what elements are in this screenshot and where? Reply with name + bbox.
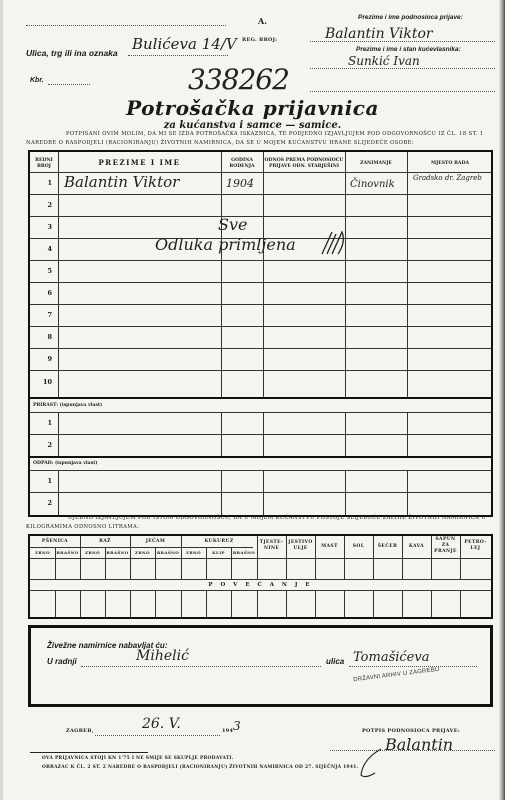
stock-group-kukuruz: KUKURUZ <box>181 539 257 545</box>
signature-label: POTPIS PODNOSIOCA PRIJAVE: <box>362 728 460 734</box>
col-divider <box>55 547 56 579</box>
street-dotline <box>128 55 228 56</box>
col-divider <box>263 152 264 397</box>
row-number: 5 <box>32 267 52 275</box>
col-divider <box>402 536 403 579</box>
stock-col-sol: SOL <box>344 544 373 550</box>
col-divider <box>80 590 81 617</box>
cell-workplace[interactable]: Gradsko dr. Zagreb <box>413 174 493 182</box>
col-divider <box>345 470 346 515</box>
col-divider <box>460 536 461 579</box>
signature-flourish-icon <box>355 745 385 780</box>
stock-sub: ZRNO <box>80 550 105 556</box>
col-divider <box>373 536 374 579</box>
col-divider <box>344 536 345 579</box>
reg-broj-label: REG. BROJ: <box>242 37 277 43</box>
prirast-row-number: 1 <box>32 419 52 427</box>
col-divider <box>373 590 374 617</box>
stock-group-raz: RAŽ <box>80 539 130 545</box>
row-line <box>30 434 491 435</box>
col-divider <box>58 412 59 456</box>
street-value[interactable]: Bulićeva 14/V <box>132 35 237 53</box>
col-divider <box>345 152 346 397</box>
col-header-relation: ODNOS PREMA PODNOSIOCU PRIJAVE ODN. STAR… <box>263 158 345 170</box>
intro-line-1: POTPISANI OVIM MOLIM, DA MI SE IZDA POTR… <box>66 130 483 139</box>
applicant-label: Prezime i ime podnosioca prijave: <box>358 14 463 21</box>
city-label: ZAGREB, <box>66 728 94 734</box>
kbr-field[interactable] <box>48 84 90 85</box>
shop-box: Živežne namirnice nabavljat ću: U radnji… <box>28 625 493 707</box>
row-line <box>30 194 491 195</box>
col-divider <box>58 152 59 397</box>
col-divider <box>257 590 258 617</box>
shop-value[interactable]: Mihelić <box>136 648 189 664</box>
row-line <box>30 547 253 548</box>
col-divider <box>105 590 106 617</box>
top-dotted-line <box>26 25 226 26</box>
stock-line-1: UJEDNO IZJAVLJUJEM POD ISTOM ODGOVORNOŠĆ… <box>68 514 486 523</box>
form-letter: A. <box>258 16 267 26</box>
col-divider <box>231 590 232 617</box>
year-suffix[interactable]: 3 <box>233 719 241 733</box>
footer-divider <box>30 752 148 753</box>
row-line <box>30 326 491 327</box>
year-prefix: 194 <box>222 728 233 734</box>
odpad-row-number: 1 <box>32 477 52 485</box>
row-line <box>30 348 491 349</box>
row-number: 9 <box>32 355 52 363</box>
shop-dotline <box>81 666 321 667</box>
col-divider <box>263 412 264 456</box>
row-number: 6 <box>32 289 52 297</box>
col-divider <box>105 547 106 579</box>
price-note: OVA PRIJAVNICA STOJI KN 1'75 I NE SMIJE … <box>42 756 234 761</box>
col-divider <box>206 547 207 579</box>
col-divider <box>221 470 222 515</box>
col-divider <box>58 470 59 515</box>
stock-col-kava: KAVA <box>402 544 431 550</box>
stock-sub: ZRNO <box>181 550 206 556</box>
col-divider <box>206 590 207 617</box>
row-line <box>30 282 491 283</box>
col-divider <box>221 412 222 456</box>
owner-dotline <box>310 68 495 69</box>
prirast-label: PRIRAST: (ispunjava vlast) <box>33 403 102 408</box>
persons-table: REDNI BROJ PREZIME I IME GODINA RODENJA … <box>28 150 493 517</box>
row-line <box>30 456 491 458</box>
row-number: 8 <box>32 333 52 341</box>
shop-label: U radnji <box>47 657 77 666</box>
stock-col-mast: MAST <box>315 544 344 550</box>
col-header-year: GODINA RODENJA <box>221 158 263 170</box>
applicant-dotline <box>310 41 495 42</box>
col-divider <box>402 590 403 617</box>
stock-line-2: KILOGRAMIMA ODNOSNO LITRAMA: <box>26 523 139 532</box>
cell-occupation[interactable]: Činovnik <box>350 179 395 190</box>
col-divider <box>407 412 408 456</box>
shop-street-label: ulica <box>326 657 344 666</box>
reg-broj-value[interactable]: 338262 <box>188 63 289 96</box>
col-divider <box>130 590 131 617</box>
col-divider <box>407 470 408 515</box>
stock-col-secer: ŠEĆER <box>373 544 402 550</box>
odpad-label: ODPAD: (ispunjava vlast) <box>33 461 98 466</box>
shop-street-value[interactable]: Tomašićeva <box>353 650 429 665</box>
applicant-value[interactable]: Balantin Viktor <box>325 26 433 42</box>
stock-sub: BRAŠNO <box>105 550 130 556</box>
row-number: 10 <box>32 378 52 386</box>
archive-stamp: DRŽAVNI ARHIV U ZAGREBU <box>353 667 440 684</box>
col-header-name: PREZIME I IME <box>58 160 221 166</box>
stock-sub: ZRNO <box>30 550 55 556</box>
col-divider <box>181 590 182 617</box>
col-divider <box>315 590 316 617</box>
row-line <box>30 304 491 305</box>
cell-year[interactable]: 1904 <box>226 177 254 190</box>
stock-col-ulje: JESTIVO ULJE <box>286 540 315 552</box>
row-line <box>30 370 491 371</box>
col-divider <box>345 412 346 456</box>
row-line <box>30 397 491 399</box>
stock-sub: BRAŠNO <box>155 550 181 556</box>
date-dotline <box>95 735 220 736</box>
annotation-line-1: Sve <box>218 215 247 234</box>
shop-street-dotline <box>349 666 477 667</box>
col-divider <box>286 590 287 617</box>
row-number: 4 <box>32 245 52 253</box>
form-note: OBRAZAC K ČL. 2 ST. 2 NAREDBE O RASPODJE… <box>42 765 358 770</box>
col-divider <box>431 536 432 579</box>
row-number: 2 <box>32 201 52 209</box>
row-line <box>30 558 491 559</box>
page-title: Potrošačka prijavnica <box>0 96 505 120</box>
stock-col-petrolej: PETRO-LEJ <box>460 540 491 552</box>
stock-group-jecam: JEČAM <box>130 539 181 545</box>
col-header-occupation: ZANIMANJE <box>345 161 407 167</box>
col-divider <box>257 536 258 579</box>
row-line <box>30 492 491 493</box>
col-divider <box>130 536 131 579</box>
street-label: Ulica, trg ili ina oznaka <box>26 48 118 58</box>
intro-line-2: NAREDBE O RASPODJELI (RACIONIRANJU) ŽIVO… <box>26 139 414 148</box>
stock-sub: BRAŠNO <box>231 550 257 556</box>
stock-sub: ZRNO <box>130 550 155 556</box>
col-divider <box>155 547 156 579</box>
date-value[interactable]: 26. V. <box>142 716 181 732</box>
stock-sub: BRAŠNO <box>55 550 80 556</box>
row-line <box>30 579 491 580</box>
initials-mark-icon <box>318 228 348 258</box>
col-divider <box>344 590 345 617</box>
povecanje-label: P O V E Ć A N J E <box>30 582 491 588</box>
col-divider <box>286 536 287 579</box>
col-header-workplace: MJESTO RADA <box>407 161 493 167</box>
col-divider <box>431 590 432 617</box>
owner-dotline-2 <box>310 91 495 92</box>
col-divider <box>155 590 156 617</box>
row-number: 7 <box>32 311 52 319</box>
row-line <box>30 590 491 591</box>
col-divider <box>460 590 461 617</box>
col-divider <box>315 536 316 579</box>
kbr-label: Kbr. <box>30 77 44 84</box>
cell-name[interactable]: Balantin Viktor <box>64 173 179 191</box>
row-number: 1 <box>32 179 52 187</box>
row-line <box>30 216 491 217</box>
odpad-row-number: 2 <box>32 499 52 507</box>
signature-value[interactable]: Balantin <box>385 735 453 754</box>
col-divider <box>407 152 408 397</box>
col-header-no: REDNI BROJ <box>30 158 58 170</box>
prirast-row-number: 2 <box>32 441 52 449</box>
stock-col-sapun: SAPUN ZA PRANJE <box>431 537 460 555</box>
row-line <box>30 412 491 413</box>
stock-col-tjestenine: TJESTE-NINE <box>257 540 286 552</box>
owner-value[interactable]: Sunkić Ivan <box>348 54 420 68</box>
col-divider <box>80 536 81 579</box>
col-divider <box>231 547 232 579</box>
row-line <box>30 470 491 471</box>
col-divider <box>55 590 56 617</box>
row-line <box>30 260 491 261</box>
col-divider <box>181 536 182 579</box>
annotation-line-2: Odluka primljena <box>155 235 296 254</box>
owner-label: Prezime i ime i stan kućevlasnika: <box>356 46 461 53</box>
stock-group-psenica: PŠENICA <box>30 539 80 545</box>
col-divider <box>221 152 222 397</box>
col-divider <box>263 470 264 515</box>
stock-sub: KLIP <box>206 550 231 556</box>
row-number: 3 <box>32 223 52 231</box>
stock-table: PŠENICA RAŽ JEČAM KUKURUZ ZRNO BRAŠNO ZR… <box>28 534 493 619</box>
